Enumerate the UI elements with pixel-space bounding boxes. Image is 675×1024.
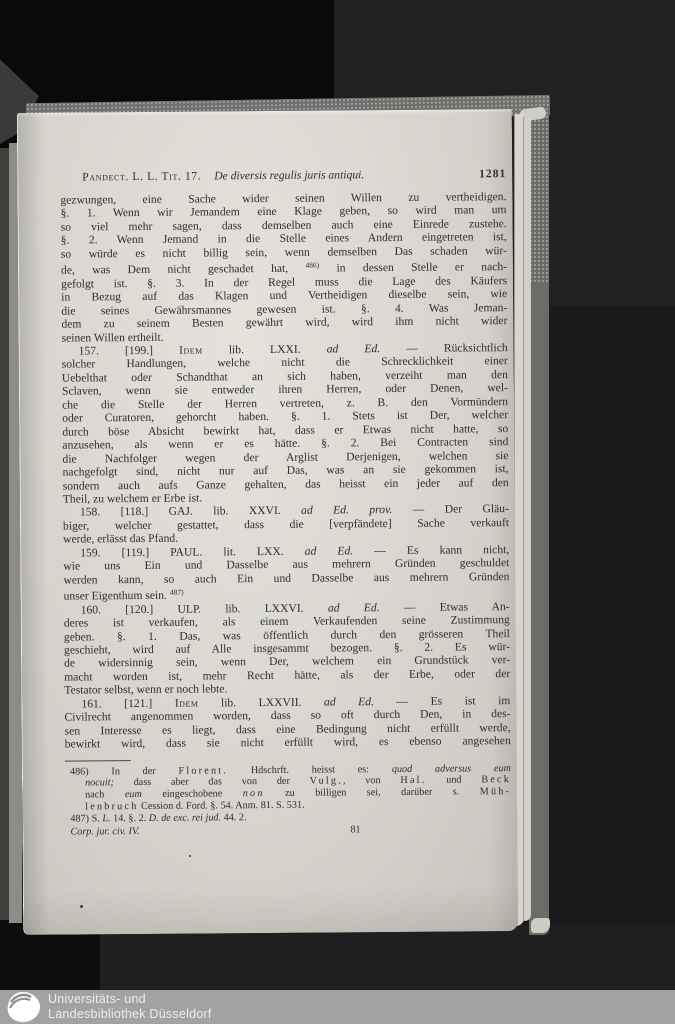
book-scan-viewport: Pandect. L. L. Tit. 17. De diversis regu…: [0, 0, 675, 1024]
header-title: Pandect. L. L. Tit. 17.: [82, 170, 201, 185]
underlying-page-edge-2: [523, 117, 531, 921]
text-segment: zu billigen sei, darüber s.: [265, 787, 480, 800]
text-segment: Idem: [175, 696, 199, 709]
text-segment: 158. [118.] GAJ. lib. XXVI.: [80, 504, 301, 519]
body-text: gezwungen, eine Sache wider seinen Wille…: [60, 190, 510, 751]
library-name-line2: Landesbibliothek Düsseldorf: [48, 1007, 212, 1022]
text-segment: — Es kann nicht,: [353, 543, 509, 557]
page-number: 1281: [479, 167, 506, 181]
text-segment: 161. [121.]: [81, 696, 174, 710]
footnotes-block: 486) In der Florent. Hdschrft. heisst es…: [65, 763, 512, 839]
text-segment: Testator selbst, wenn er noch lebte.: [64, 683, 227, 697]
text-segment: dass aber das von der: [114, 776, 310, 789]
text-segment: ad Ed.: [305, 544, 354, 557]
text-segment: Idem: [179, 343, 203, 356]
text-segment: ad Ed.: [327, 342, 381, 355]
footnote-ref-superscript: 486): [305, 261, 319, 270]
text-segment: — Der Gläu-: [392, 503, 509, 517]
page-block-edge-dark: [0, 148, 9, 920]
text-segment: 14. §. 2.: [110, 813, 148, 824]
text-segment: nocuit;: [85, 778, 114, 789]
text-segment: 159. [119.] PAUL. lit. LXX.: [80, 544, 305, 559]
binding-frayed-corner-bottom: [531, 918, 550, 933]
page-text-block: Pandect. L. L. Tit. 17. De diversis regu…: [60, 167, 511, 839]
running-header: Pandect. L. L. Tit. 17. De diversis regu…: [60, 167, 506, 185]
text-segment: non: [243, 788, 265, 799]
text-segment: Vulg.: [310, 776, 343, 787]
text-segment: Theil, zu welchem er Erbe ist.: [63, 491, 203, 505]
text-segment: in dessen Stelle er nach-: [319, 260, 507, 274]
sheet-signature-number: 81: [350, 824, 360, 836]
footnote-text: 486) In der Florent. Hdschrft. heisst es…: [70, 763, 511, 826]
text-segment: Cession d. Ford. §. 54. Anm. 81. S. 531.: [138, 800, 304, 812]
text-segment: werde, erlässt das Pfand.: [63, 532, 178, 546]
text-segment: de, was Dem nicht geschadet hat,: [61, 262, 306, 277]
text-segment: ad Ed.: [328, 601, 380, 614]
text-segment: lib. LXXVII.: [198, 695, 324, 709]
text-segment: Beck: [481, 775, 511, 786]
text-segment: , von: [343, 775, 401, 786]
text-segment: — Etwas An-: [380, 600, 510, 614]
text-segment: 486) In der: [70, 765, 179, 777]
text-segment: ad Ed.: [324, 695, 374, 708]
text-line: bewirkt wird, dass sie nicht erfüllt wir…: [65, 734, 511, 751]
text-segment: Hdschrft. heisst es:: [228, 764, 392, 776]
signature-line: Corp. jur. civ. IV. 81: [70, 823, 511, 838]
background-bottom-band: [100, 925, 675, 990]
library-banner: Universitäts- und Landesbibliothek Düsse…: [0, 990, 675, 1024]
text-segment: Florent.: [178, 765, 228, 776]
volume-title: Corp. jur. civ. IV.: [70, 826, 139, 838]
text-segment: und: [426, 775, 481, 786]
text-segment: eum: [125, 789, 142, 800]
text-segment: bewirkt wird, dass sie nicht erfüllt wir…: [65, 734, 511, 751]
text-segment: lib. LXXI.: [203, 343, 327, 357]
text-segment: Müh-: [480, 786, 512, 797]
text-segment: seinen Willen ertheilt.: [61, 330, 163, 344]
text-segment: unser Eigenthum sein.: [64, 589, 170, 603]
text-segment: ad Ed. prov.: [301, 503, 392, 517]
library-name-line1: Universitäts- und: [48, 992, 212, 1007]
ulb-duesseldorf-logo-icon: [5, 991, 43, 1024]
binding-cloth-texture: [529, 107, 549, 282]
ink-speck: [189, 855, 191, 857]
text-segment: Hal.: [400, 775, 426, 786]
text-segment: 157. [199.]: [79, 344, 180, 358]
text-segment: D. de exc. rei jud.: [149, 813, 221, 825]
header-chapter-title: De diversis regulis juris antiqui.: [214, 168, 364, 183]
text-segment: quod adversus eum: [392, 763, 511, 775]
text-segment: lenbruch: [85, 801, 138, 812]
text-segment: — Es ist im: [374, 694, 511, 708]
book-binding-right-edge: [529, 107, 549, 935]
text-segment: eingeschobene: [142, 789, 243, 801]
ink-speck: [80, 905, 83, 908]
book-page: Pandect. L. L. Tit. 17. De diversis regu…: [17, 109, 518, 935]
footnote-separator-rule: [65, 760, 131, 762]
text-segment: 160. [120.] ULP. lib. LXXVI.: [81, 601, 328, 616]
text-segment: — Rücksichtlich: [380, 341, 508, 355]
text-segment: 44. 2.: [221, 812, 247, 823]
library-name: Universitäts- und Landesbibliothek Düsse…: [48, 992, 212, 1022]
text-segment: nach: [85, 790, 125, 801]
footnote-ref-superscript: 487): [170, 588, 184, 597]
text-segment: 487) S.: [70, 814, 102, 825]
